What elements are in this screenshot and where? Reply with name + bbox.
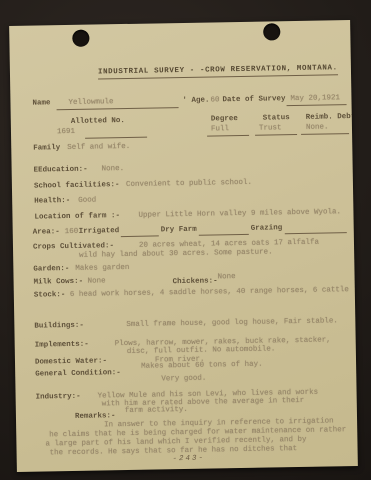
- grazing-blank-line: [285, 231, 347, 234]
- irrigated-blank-line: [121, 234, 159, 237]
- location-of-farm-value: Upper Little Horn valley 9 miles above W…: [138, 208, 341, 221]
- garden-label: Garden:-: [33, 265, 69, 275]
- school-facilities-value: Convenient to public school.: [126, 179, 252, 190]
- degree-blank-line: [207, 134, 249, 137]
- degree-value: Full: [211, 125, 229, 134]
- degree-header: Degree: [211, 115, 238, 124]
- general-condition-value-line2: Very good.: [161, 375, 206, 385]
- family-value: Self and wife.: [67, 143, 130, 153]
- document-title: INDUSTRIAL SURVEY - -CROW RESERVATION, M…: [98, 64, 338, 79]
- allotted-no-value: 1691: [57, 128, 75, 137]
- buildings-label: Buildings:-: [34, 322, 84, 332]
- garden-value: Makes garden: [75, 264, 129, 274]
- stock-label: Stock:-: [34, 291, 66, 301]
- education-label: EEducation:-: [34, 166, 88, 176]
- page-number: -243-: [139, 454, 239, 465]
- implements-label: Implements:-: [35, 341, 89, 351]
- status-blank-line: [255, 133, 297, 136]
- milk-cows-value: None: [88, 277, 106, 286]
- age-value: 60: [210, 96, 219, 105]
- status-header: Status: [263, 114, 290, 123]
- industry-value-line3: farm activity.: [125, 406, 188, 416]
- location-of-farm-label: Location of farm :-: [34, 212, 120, 222]
- allotted-no-header: Allotted No.: [71, 117, 125, 127]
- status-value: Trust: [259, 124, 282, 133]
- allotted-no-blank-line: [85, 136, 147, 139]
- name-label: Name: [32, 99, 50, 108]
- date-of-survey-label: Date of Survey: [222, 95, 285, 105]
- stock-value: 6 head work horses, 4 saddle horses, 40 …: [70, 286, 349, 300]
- health-value: Good: [78, 197, 96, 206]
- reimb-debt-header: Reimb. Debt.: [306, 113, 358, 123]
- reimb-debt-value: None.: [306, 123, 329, 132]
- chickens-label: Chickens:-: [173, 277, 218, 287]
- domestic-water-label: Domestic Water:-: [35, 357, 107, 367]
- grazing-label: Grazing: [251, 224, 283, 234]
- punch-hole-right: [263, 23, 280, 40]
- school-facilities-label: School facilities:-: [34, 181, 120, 191]
- industry-label: Industry:-: [36, 393, 81, 403]
- dry-farm-blank-line: [199, 233, 249, 236]
- date-blank-line: [287, 103, 347, 106]
- area-value: 160: [65, 228, 79, 237]
- milk-cows-label: Milk Cows:-: [34, 278, 84, 288]
- buildings-value: Small frame house, good log house, Fair …: [126, 317, 338, 330]
- photo-background: INDUSTRIAL SURVEY - -CROW RESERVATION, M…: [0, 0, 371, 480]
- area-label: Area:-: [33, 228, 60, 237]
- reimb-debt-blank-line: [301, 132, 349, 135]
- education-value: None.: [102, 165, 125, 174]
- general-condition-label: General Condition:-: [35, 369, 121, 379]
- document-paper: INDUSTRIAL SURVEY - -CROW RESERVATION, M…: [9, 20, 358, 472]
- family-label: Family: [33, 144, 60, 153]
- punch-hole-left: [72, 30, 89, 47]
- chickens-value: None: [217, 273, 235, 282]
- age-label: ' Age.: [182, 97, 209, 106]
- dry-farm-label: Dry Farm: [161, 226, 197, 236]
- general-condition-value: Makes about 60 tons of hay.: [141, 361, 263, 372]
- health-label: Health:-: [34, 197, 70, 207]
- irrigated-label: Irrigated: [79, 227, 120, 237]
